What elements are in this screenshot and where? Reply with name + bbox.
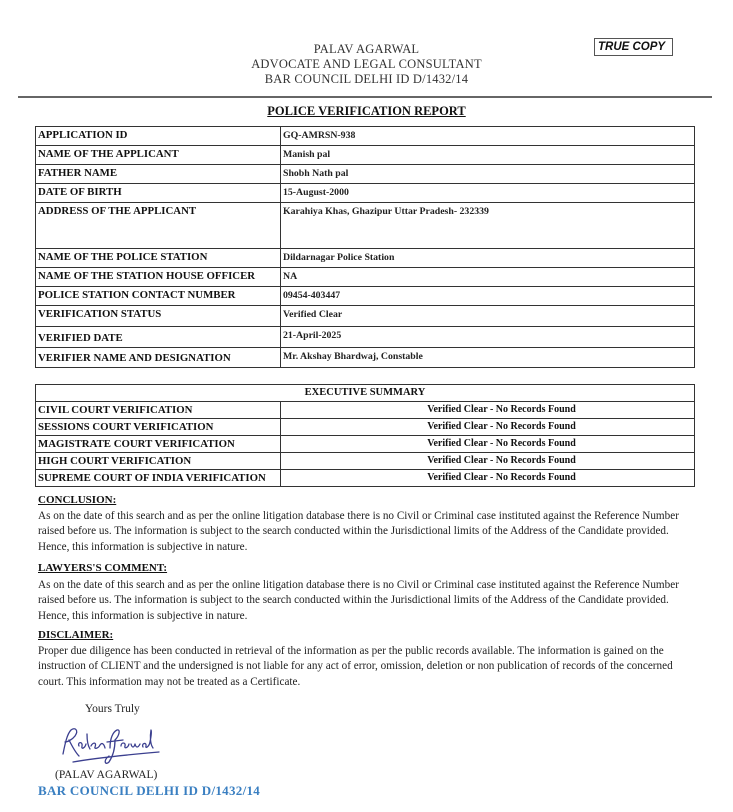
summary-value: Verified Clear - No Records Found xyxy=(281,470,695,487)
summary-label: SUPREME COURT OF INDIA VERIFICATION xyxy=(36,470,281,487)
details-label: DATE OF BIRTH xyxy=(36,184,281,203)
details-row: NAME OF THE APPLICANTManish pal xyxy=(36,146,695,165)
details-value: 21-April-2025 xyxy=(281,327,695,348)
summary-row: CIVIL COURT VERIFICATIONVerified Clear -… xyxy=(36,402,695,419)
disclaimer-heading: DISCLAIMER: xyxy=(38,629,113,641)
details-value: 15-August-2000 xyxy=(281,184,695,203)
details-label: NAME OF THE POLICE STATION xyxy=(36,249,281,268)
details-row: VERIFIED DATE21-April-2025 xyxy=(36,327,695,348)
executive-summary-heading: EXECUTIVE SUMMARY xyxy=(36,385,695,402)
signer-name: (PALAV AGARWAL) xyxy=(55,769,157,781)
executive-summary-table: EXECUTIVE SUMMARY CIVIL COURT VERIFICATI… xyxy=(35,384,695,487)
summary-row: HIGH COURT VERIFICATIONVerified Clear - … xyxy=(36,453,695,470)
lawyers-comment-text: As on the date of this search and as per… xyxy=(38,578,698,624)
summary-value: Verified Clear - No Records Found xyxy=(281,419,695,436)
details-label: NAME OF THE APPLICANT xyxy=(36,146,281,165)
summary-value: Verified Clear - No Records Found xyxy=(281,402,695,419)
details-label: FATHER NAME xyxy=(36,165,281,184)
details-row: VERIFIER NAME AND DESIGNATIONMr. Akshay … xyxy=(36,348,695,368)
details-label: VERIFIER NAME AND DESIGNATION xyxy=(36,348,281,368)
details-row: FATHER NAMEShobh Nath pal xyxy=(36,165,695,184)
closing-salutation: Yours Truly xyxy=(85,703,140,715)
details-value: NA xyxy=(281,268,695,287)
details-label: VERIFICATION STATUS xyxy=(36,306,281,327)
details-value: 09454-403447 xyxy=(281,287,695,306)
letterhead-title: ADVOCATE AND LEGAL CONSULTANT xyxy=(0,57,733,72)
details-label: NAME OF THE STATION HOUSE OFFICER xyxy=(36,268,281,287)
details-label: POLICE STATION CONTACT NUMBER xyxy=(36,287,281,306)
signer-bar-council-id: BAR COUNCIL DELHI ID D/1432/14 xyxy=(38,783,260,799)
details-value: Karahiya Khas, Ghazipur Uttar Pradesh- 2… xyxy=(281,203,695,249)
header-divider xyxy=(18,96,712,98)
details-row: NAME OF THE POLICE STATIONDildarnagar Po… xyxy=(36,249,695,268)
summary-row: SUPREME COURT OF INDIA VERIFICATIONVerif… xyxy=(36,470,695,487)
summary-label: HIGH COURT VERIFICATION xyxy=(36,453,281,470)
summary-value: Verified Clear - No Records Found xyxy=(281,436,695,453)
summary-value: Verified Clear - No Records Found xyxy=(281,453,695,470)
applicant-details-table: APPLICATION IDGQ-AMRSN-938NAME OF THE AP… xyxy=(35,126,695,368)
lawyers-comment-heading: LAWYERS'S COMMENT: xyxy=(38,562,167,574)
details-label: VERIFIED DATE xyxy=(36,327,281,348)
details-row: POLICE STATION CONTACT NUMBER09454-40344… xyxy=(36,287,695,306)
details-value: GQ-AMRSN-938 xyxy=(281,127,695,146)
summary-label: CIVIL COURT VERIFICATION xyxy=(36,402,281,419)
summary-row: SESSIONS COURT VERIFICATIONVerified Clea… xyxy=(36,419,695,436)
letterhead-bar-id: BAR COUNCIL DELHI ID D/1432/14 xyxy=(0,72,733,87)
details-label: APPLICATION ID xyxy=(36,127,281,146)
details-value: Manish pal xyxy=(281,146,695,165)
details-value: Verified Clear xyxy=(281,306,695,327)
true-copy-stamp: TRUE COPY xyxy=(594,38,673,56)
summary-label: MAGISTRATE COURT VERIFICATION xyxy=(36,436,281,453)
details-value: Shobh Nath pal xyxy=(281,165,695,184)
details-value: Mr. Akshay Bhardwaj, Constable xyxy=(281,348,695,368)
details-row: NAME OF THE STATION HOUSE OFFICERNA xyxy=(36,268,695,287)
details-label: ADDRESS OF THE APPLICANT xyxy=(36,203,281,249)
details-row: APPLICATION IDGQ-AMRSN-938 xyxy=(36,127,695,146)
details-value: Dildarnagar Police Station xyxy=(281,249,695,268)
summary-row: MAGISTRATE COURT VERIFICATIONVerified Cl… xyxy=(36,436,695,453)
details-row: ADDRESS OF THE APPLICANTKarahiya Khas, G… xyxy=(36,203,695,249)
details-row: VERIFICATION STATUSVerified Clear xyxy=(36,306,695,327)
report-title: POLICE VERIFICATION REPORT xyxy=(0,104,733,119)
details-row: DATE OF BIRTH15-August-2000 xyxy=(36,184,695,203)
conclusion-text: As on the date of this search and as per… xyxy=(38,509,698,555)
summary-label: SESSIONS COURT VERIFICATION xyxy=(36,419,281,436)
conclusion-heading: CONCLUSION: xyxy=(38,494,116,506)
signature-icon xyxy=(55,722,165,767)
disclaimer-text: Proper due diligence has been conducted … xyxy=(38,644,698,690)
